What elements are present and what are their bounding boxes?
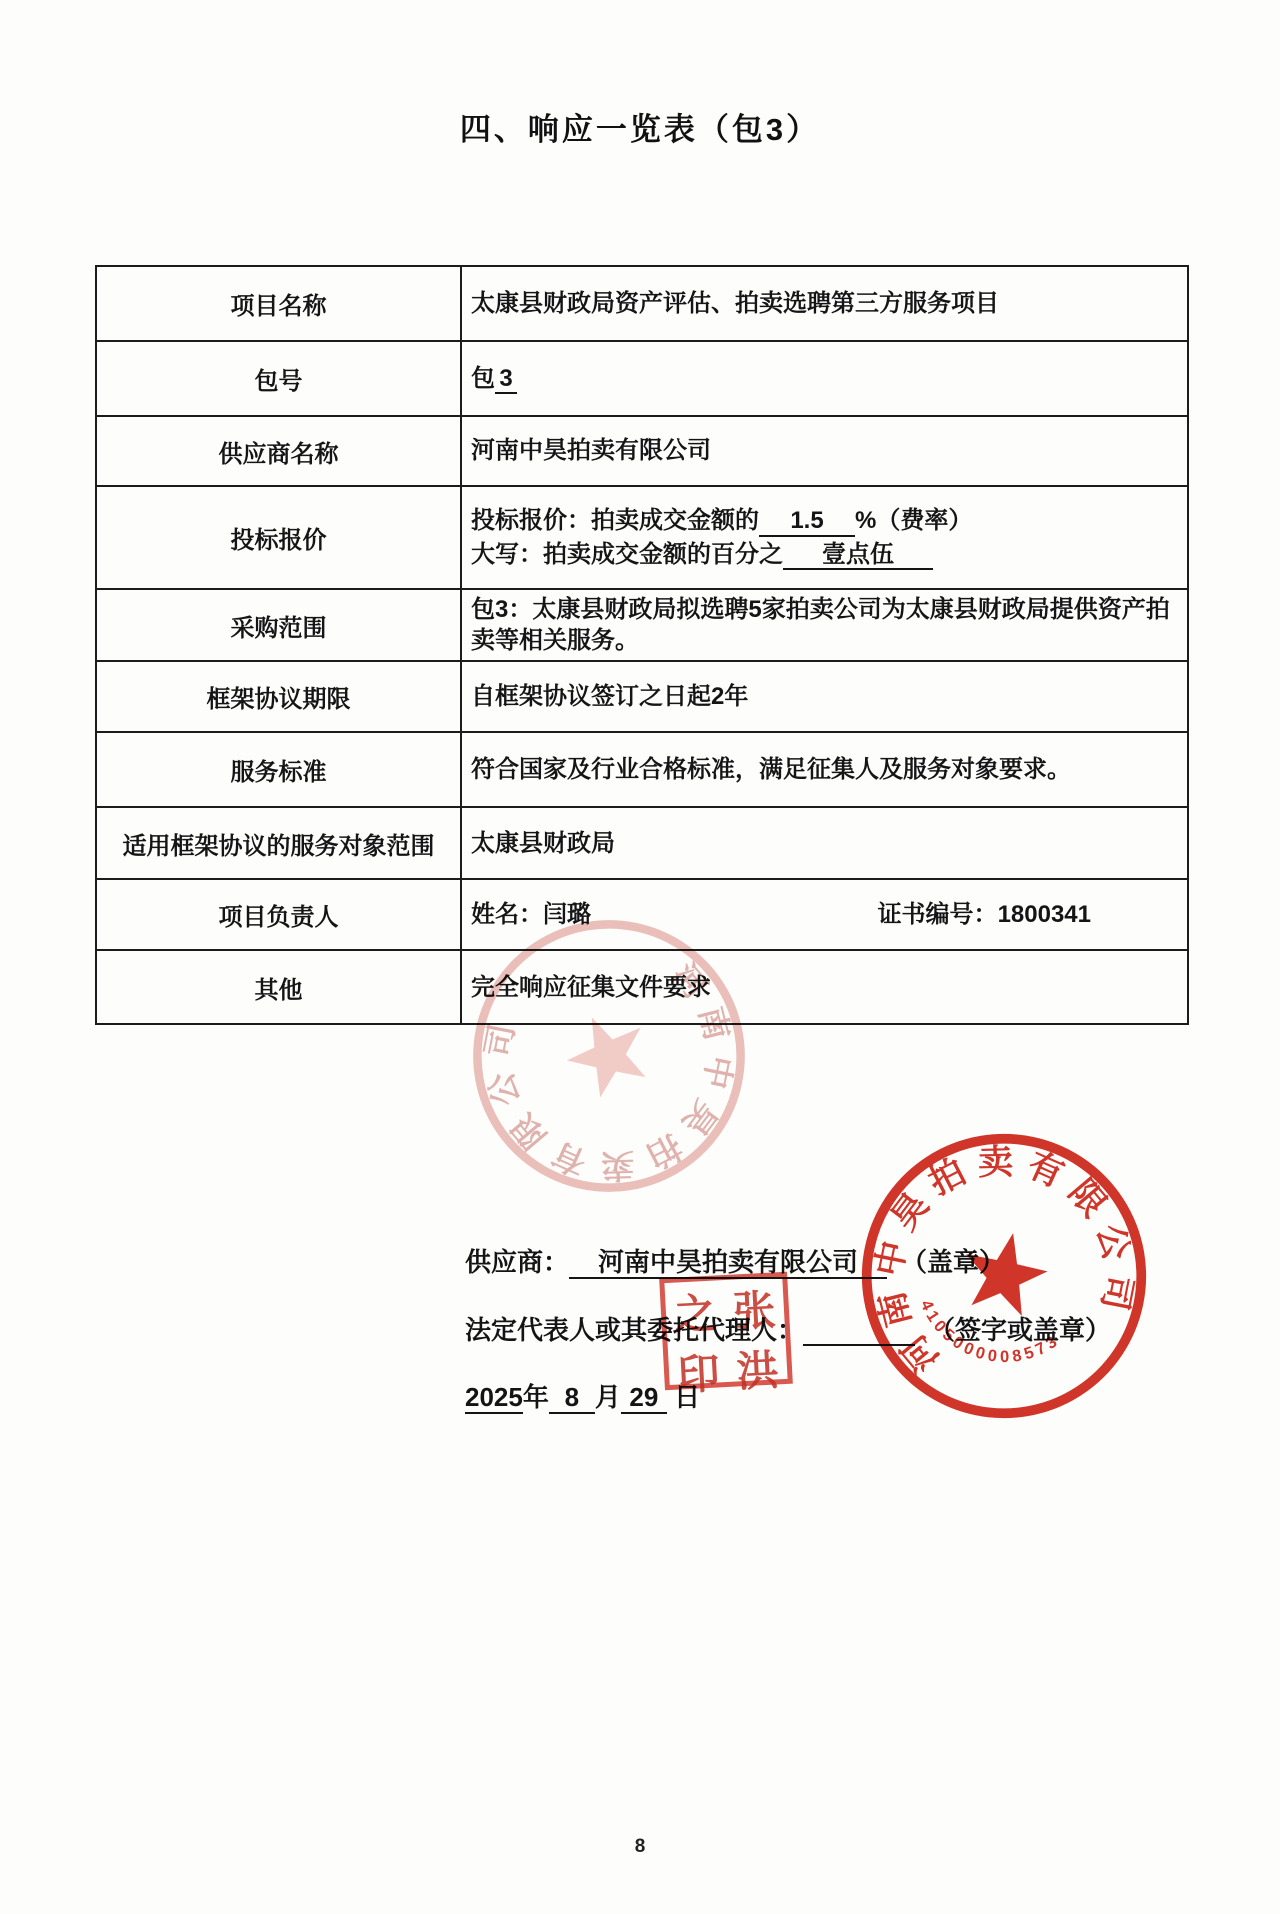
bid-price-line1: 投标报价：拍卖成交金额的1.5%（费率） [471,504,1177,537]
table-row: 适用框架协议的服务对象范围 太康县财政局 [96,807,1188,879]
table-row: 项目名称 太康县财政局资产评估、拍卖选聘第三方服务项目 [96,266,1188,341]
row-manager-label: 项目负责人 [96,879,461,950]
row-service-object-label: 适用框架协议的服务对象范围 [96,807,461,879]
table-row: 其他 完全响应征集文件要求 [96,950,1188,1024]
date-day: 29 [621,1383,667,1414]
supplier-label: 供应商： [465,1247,569,1277]
manager-name-label: 姓名： [471,898,543,931]
row-manager-value: 姓名：闫璐 证书编号：1800341 [461,879,1188,950]
row-scope-label: 采购范围 [96,589,461,661]
row-supplier-label: 供应商名称 [96,416,461,486]
row-other-label: 其他 [96,950,461,1024]
bid-line2-prefix: 大写：拍卖成交金额的百分之 [471,541,783,568]
table-row: 框架协议期限 自框架协议签订之日起2年 [96,661,1188,732]
faint-stamp-star-icon [561,1014,656,1106]
bid-price-line2: 大写：拍卖成交金额的百分之壹点伍 [471,538,1177,571]
row-package-no-label: 包号 [96,341,461,416]
legal-rep-signature-blank [803,1316,915,1347]
row-term-value: 自框架协议签订之日起2年 [461,661,1188,732]
table-row: 采购范围 包3：太康县财政局拟选聘5家拍卖公司为太康县财政局提供资产拍卖等相关服… [96,589,1188,661]
bid-line1-suffix: %（费率） [855,507,972,534]
legal-rep-line: 法定代表人或其委托代理人： （签字或盖章） [465,1316,1165,1347]
page-title: 四、响应一览表（包3） [0,104,1280,149]
manager-name: 闫璐 [543,898,591,931]
date-month-unit: 月 [595,1382,621,1412]
row-other-value: 完全响应征集文件要求 [461,950,1188,1024]
row-service-object-value: 太康县财政局 [461,807,1188,879]
response-table: 项目名称 太康县财政局资产评估、拍卖选聘第三方服务项目 包号 包3 供应商名称 … [95,265,1189,1025]
row-standard-value: 符合国家及行业合格标准，满足征集人及服务对象要求。 [461,732,1188,807]
legal-rep-seal-hint: （签字或盖章） [929,1315,1111,1345]
table-row: 服务标准 符合国家及行业合格标准，满足征集人及服务对象要求。 [96,732,1188,807]
table-row: 供应商名称 河南中昊拍卖有限公司 [96,416,1188,486]
row-project-name-value: 太康县财政局资产评估、拍卖选聘第三方服务项目 [461,266,1188,341]
row-bid-price-value: 投标报价：拍卖成交金额的1.5%（费率） 大写：拍卖成交金额的百分之壹点伍 [461,486,1188,589]
date-day-unit: 日 [674,1382,700,1412]
legal-rep-label: 法定代表人或其委托代理人： [465,1315,803,1345]
bid-rate-value: 1.5 [759,508,855,536]
supplier-seal-hint: （盖章） [901,1247,1005,1277]
table-row: 投标报价 投标报价：拍卖成交金额的1.5%（费率） 大写：拍卖成交金额的百分之壹… [96,486,1188,589]
manager-cert-label: 证书编号： [878,901,998,928]
row-term-label: 框架协议期限 [96,661,461,732]
package-number: 3 [495,366,517,394]
table-row: 包号 包3 [96,341,1188,416]
date-year-unit: 年 [523,1382,549,1412]
bid-rate-capital: 壹点伍 [783,542,933,570]
date-month: 8 [549,1383,595,1414]
row-bid-price-label: 投标报价 [96,486,461,589]
supplier-name: 河南中昊拍卖有限公司 [569,1248,887,1279]
date-line: 2025年8月29 日 [465,1383,1165,1414]
row-scope-value: 包3：太康县财政局拟选聘5家拍卖公司为太康县财政局提供资产拍卖等相关服务。 [461,589,1188,661]
row-supplier-value: 河南中昊拍卖有限公司 [461,416,1188,486]
package-prefix: 包 [471,365,495,392]
row-standard-label: 服务标准 [96,732,461,807]
row-project-name-label: 项目名称 [96,266,461,341]
date-year: 2025 [465,1383,523,1414]
manager-cert-number: 1800341 [998,901,1091,928]
table-row: 项目负责人 姓名：闫璐 证书编号：1800341 [96,879,1188,950]
document-page: 四、响应一览表（包3） 项目名称 太康县财政局资产评估、拍卖选聘第三方服务项目 … [0,0,1280,1914]
row-package-no-value: 包3 [461,341,1188,416]
bid-line1-prefix: 投标报价：拍卖成交金额的 [471,507,759,534]
page-number: 8 [0,1836,1280,1858]
supplier-line: 供应商：河南中昊拍卖有限公司（盖章） [465,1248,1165,1279]
signature-block: 供应商：河南中昊拍卖有限公司（盖章） 法定代表人或其委托代理人： （签字或盖章）… [465,1248,1165,1451]
